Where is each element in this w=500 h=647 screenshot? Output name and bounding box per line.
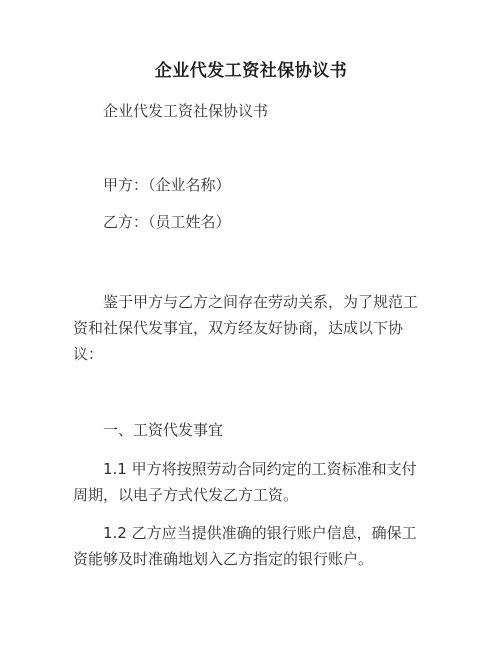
- party-b-line: 乙方：（员工姓名）: [73, 209, 429, 235]
- document-subtitle: 企业代发工资社保协议书: [73, 98, 429, 124]
- preamble-paragraph: 鉴于甲方与乙方之间存在劳动关系，为了规范工资和社保代发事宜，双方经友好协商，达成…: [73, 289, 429, 367]
- document-page: 企业代发工资社保协议书 企业代发工资社保协议书 甲方：（企业名称） 乙方：（员工…: [0, 0, 500, 647]
- clause-1-2: 1.2 乙方应当提供准确的银行账户信息，确保工资能够及时准确地划入乙方指定的银行…: [73, 520, 429, 572]
- section-1-heading: 一、工资代发事宜: [73, 417, 429, 443]
- party-a-line: 甲方：（企业名称）: [73, 172, 429, 198]
- document-title: 企业代发工资社保协议书: [73, 58, 429, 84]
- clause-1-1: 1.1 甲方将按照劳动合同约定的工资标准和支付周期，以电子方式代发乙方工资。: [73, 456, 429, 508]
